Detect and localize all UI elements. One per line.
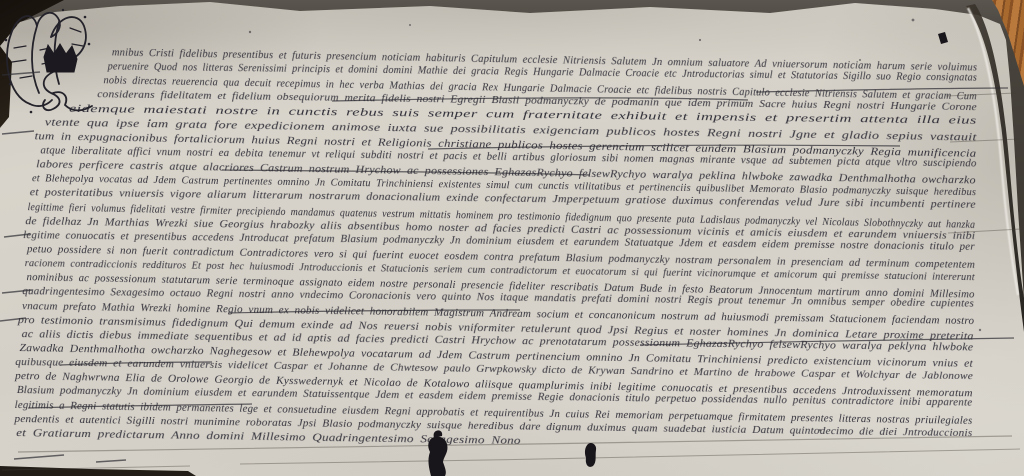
manuscript-photo: mnibus Cristi fidelibus presentibus et f… — [0, 0, 1024, 476]
manuscript-text: mnibus Cristi fidelibus presentibus et f… — [14, 44, 1002, 454]
